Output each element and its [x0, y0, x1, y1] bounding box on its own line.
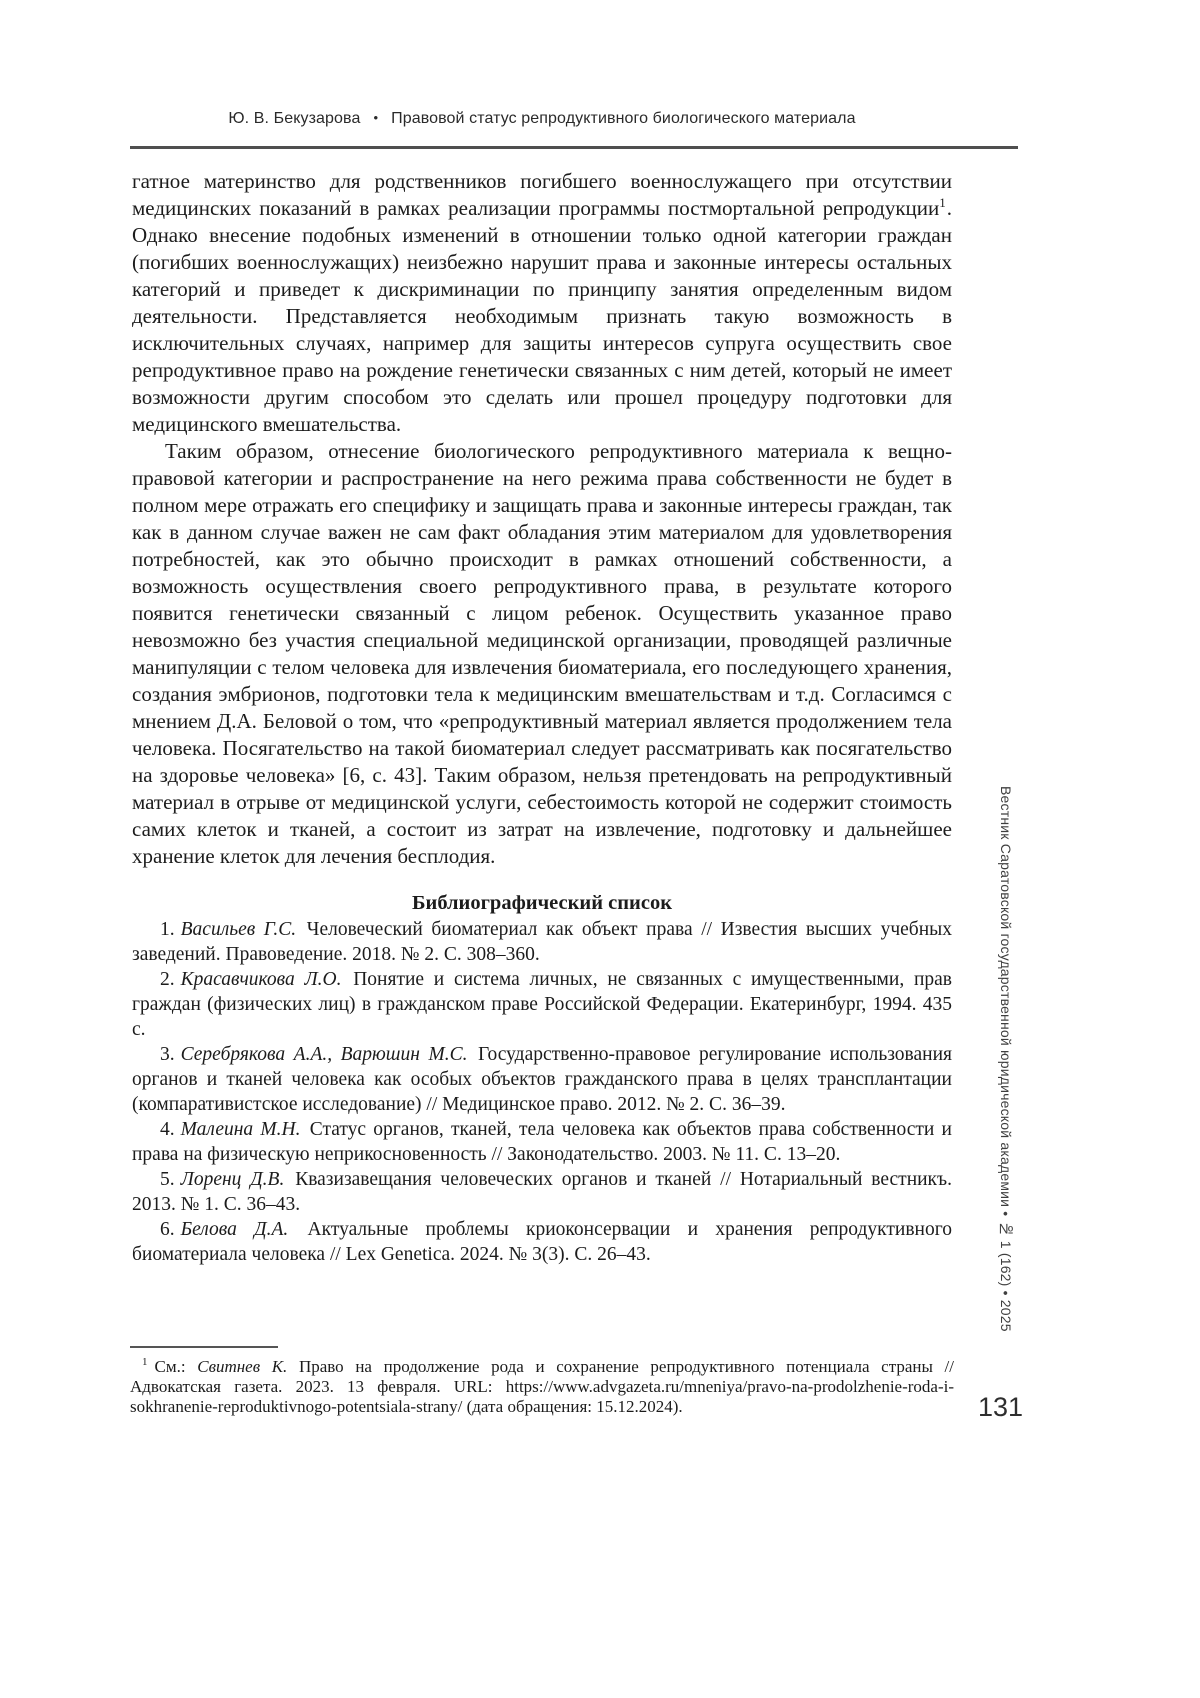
header-rule	[130, 146, 1018, 149]
entry-number: 1.	[160, 919, 181, 940]
footnote-prefix: См.:	[155, 1357, 198, 1376]
entry-number: 5.	[160, 1169, 181, 1190]
bibliography-entry: 4.Малеина М.Н. Статус органов, тканей, т…	[132, 1117, 952, 1167]
journal-page: Ю. В. Бекузарова•Правовой статус репроду…	[0, 0, 1200, 1698]
footnote-authors: Свитнев К.	[197, 1357, 287, 1376]
entry-number: 2.	[160, 969, 181, 990]
bibliography-entry: 5.Лоренц Д.В. Квазизавещания человечески…	[132, 1167, 952, 1217]
bibliography-entry: 2.Красавчикова Л.О. Понятие и система ли…	[132, 967, 952, 1042]
bibliography-heading: Библиографический список	[132, 890, 952, 916]
page-number: 131	[978, 1392, 1023, 1423]
footnote-marker: 1	[142, 1356, 148, 1368]
entry-authors: Васильев Г.С.	[181, 919, 299, 940]
header-separator-bullet: •	[373, 110, 378, 125]
entry-authors: Серебрякова А.А., Варюшин М.С.	[181, 1044, 470, 1065]
footnote-separator-rule	[130, 1346, 278, 1348]
article-text-column: гатное материнство для родственников пог…	[132, 168, 952, 1267]
body-paragraph-1: гатное материнство для родственников пог…	[132, 168, 952, 438]
entry-authors: Малеина М.Н.	[181, 1119, 303, 1140]
bibliography-entry: 1.Васильев Г.С. Человеческий биоматериал…	[132, 917, 952, 967]
header-author: Ю. В. Бекузарова	[228, 110, 360, 127]
bibliography-list: 1.Васильев Г.С. Человеческий биоматериал…	[132, 917, 952, 1267]
footnote-reference-marker: 1	[939, 195, 946, 210]
running-header: Ю. В. Бекузарова•Правовой статус репроду…	[132, 110, 952, 128]
bibliography-entry: 6.Белова Д.А. Актуальные проблемы криоко…	[132, 1217, 952, 1267]
paragraph-text: гатное материнство для родственников пог…	[132, 169, 952, 220]
entry-number: 6.	[160, 1219, 181, 1240]
entry-number: 3.	[160, 1044, 181, 1065]
journal-title-vertical: Вестник Саратовской государственной юрид…	[998, 786, 1014, 1332]
entry-authors: Лоренц Д.В.	[181, 1169, 287, 1190]
body-paragraph-2: Таким образом, отнесение биологического …	[132, 438, 952, 870]
bibliography-entry: 3.Серебрякова А.А., Варюшин М.С. Государ…	[132, 1042, 952, 1117]
paragraph-text: . Однако внесение подобных изменений в о…	[132, 196, 952, 436]
entry-number: 4.	[160, 1119, 181, 1140]
footnote: 1См.: Свитнев К. Право на продолжение ро…	[130, 1357, 954, 1417]
entry-authors: Красавчикова Л.О.	[181, 969, 344, 990]
header-article-title: Правовой статус репродуктивного биологич…	[391, 110, 855, 127]
footnote-block: 1См.: Свитнев К. Право на продолжение ро…	[130, 1346, 954, 1417]
entry-authors: Белова Д.А.	[181, 1219, 291, 1240]
